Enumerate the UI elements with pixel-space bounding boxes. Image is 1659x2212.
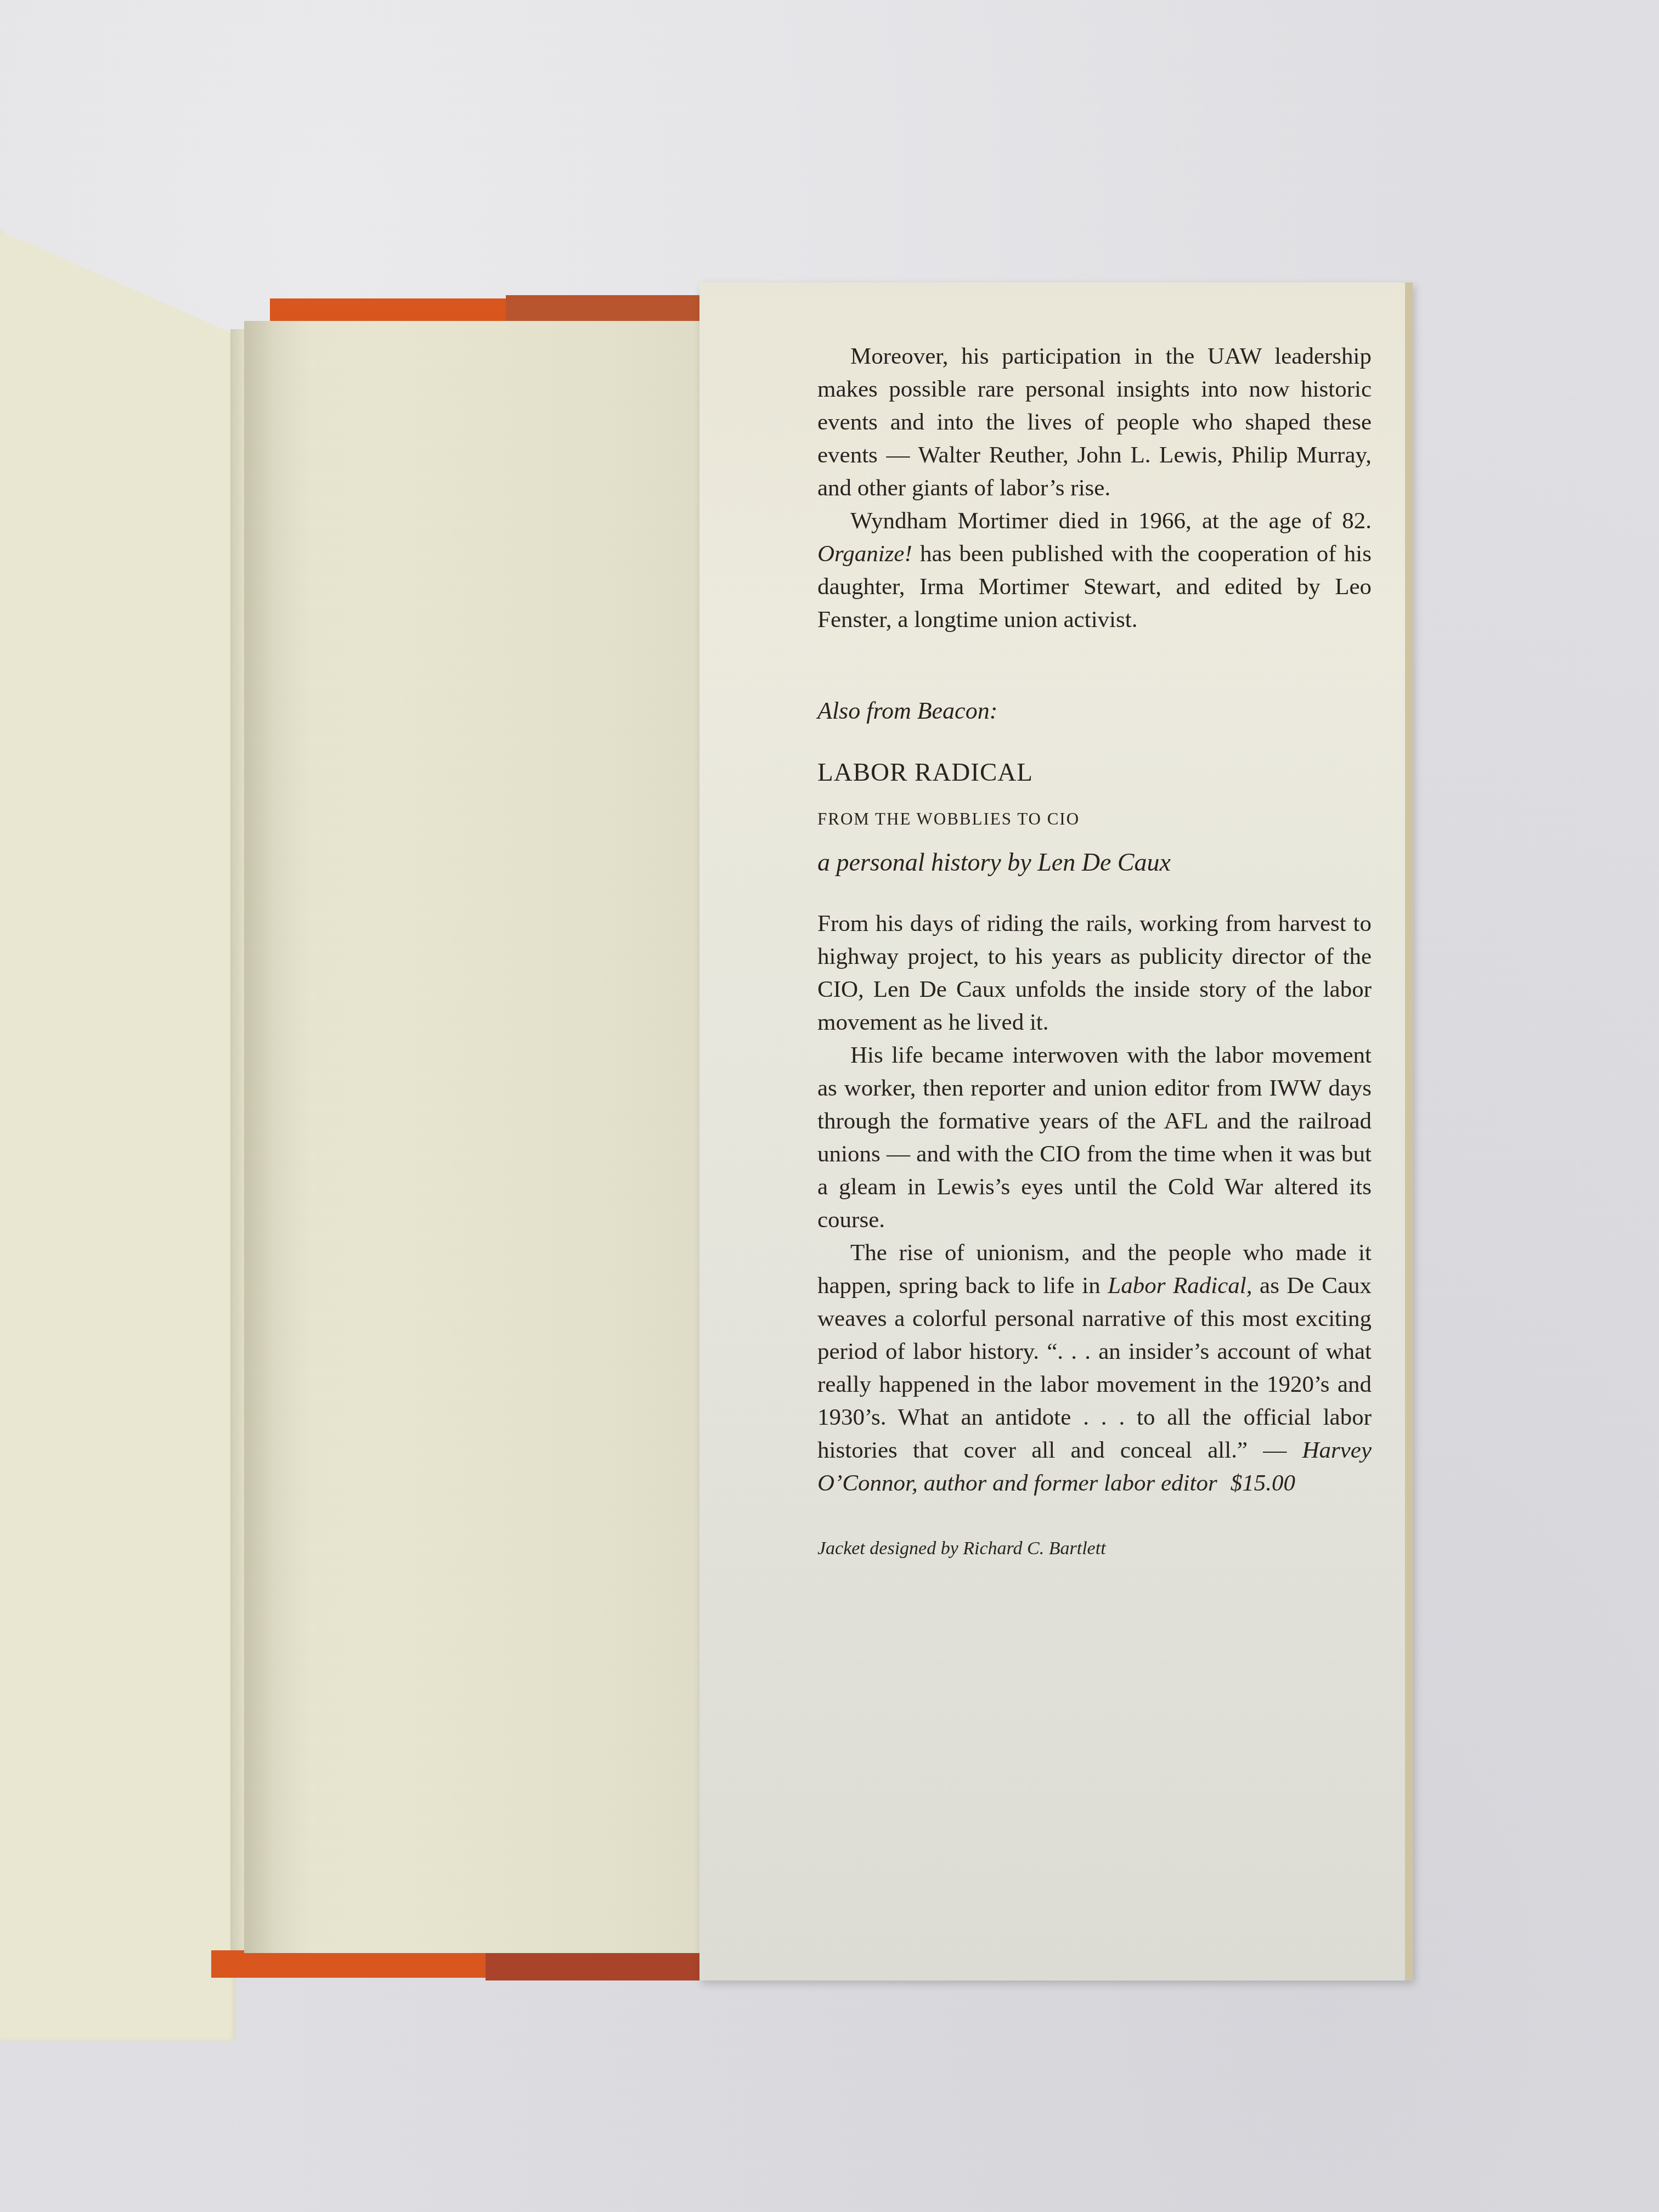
dust-jacket-flap: Moreover, his participation in the UAW l… (699, 283, 1413, 1980)
description-paragraph-3-post: as De Caux weaves a colorful personal na… (817, 1273, 1372, 1463)
rear-endpaper (244, 321, 738, 1953)
flap-text-block: Moreover, his participation in the UAW l… (817, 340, 1372, 1578)
author-paragraph-2-pre: Wyndham Mortimer died in 1966, at the ag… (850, 508, 1372, 534)
price-label: $15.00 (1231, 1470, 1295, 1496)
endpaper-hinge-shadow (244, 321, 310, 1953)
book-title-labor-radical: Labor Radical, (1108, 1273, 1252, 1299)
also-from-heading: Also from Beacon: (817, 697, 1372, 725)
book-title-organize: Organize! (817, 541, 912, 567)
author-paragraph-1: Moreover, his participation in the UAW l… (817, 340, 1372, 505)
featured-book-byline: a personal history by Len De Caux (817, 848, 1372, 877)
left-flyleaf-page (0, 230, 236, 2041)
description-paragraph-1: From his days of riding the rails, worki… (817, 907, 1372, 1039)
jacket-design-credit: Jacket designed by Richard C. Bartlett (817, 1538, 1372, 1559)
binding-cloth-top-orange (270, 298, 506, 323)
featured-book-subtitle: FROM THE WOBBLIES TO CIO (817, 809, 1372, 829)
featured-book-title: LABOR RADICAL (817, 758, 1372, 787)
binding-cloth-bottom-orange (211, 1950, 486, 1978)
description-paragraph-3: The rise of unionism, and the people who… (817, 1237, 1372, 1500)
section-spacer (817, 636, 1372, 697)
binding-cloth-bottom-rust (486, 1950, 716, 1980)
description-paragraph-2: His life became interwoven with the labo… (817, 1039, 1372, 1237)
author-paragraph-2: Wyndham Mortimer died in 1966, at the ag… (817, 505, 1372, 636)
